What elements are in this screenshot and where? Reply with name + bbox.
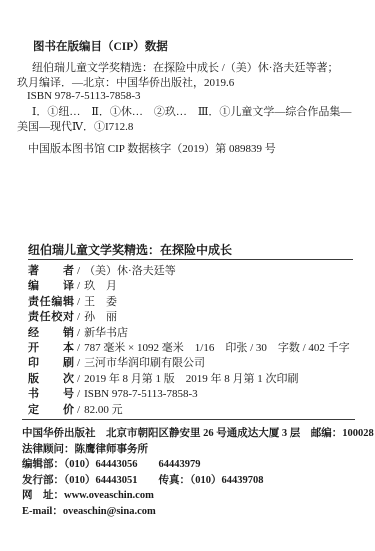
row-separator: / [74, 296, 84, 308]
colophon-row-edition: 版次/2019 年 8 月第 1 版 2019 年 8 月第 1 次印刷 [28, 372, 364, 387]
row-label: 开本 [28, 341, 74, 356]
colophon-row-printer: 印刷/三河市华润印刷有限公司 [28, 356, 364, 371]
publisher-divider [22, 419, 355, 420]
row-label: 责任编辑 [28, 295, 74, 310]
row-separator: / [74, 327, 84, 339]
row-value: 787 毫米 × 1092 毫米 1/16 印张 / 30 字数 / 402 千… [84, 342, 350, 354]
row-label: 书号 [28, 387, 74, 402]
cip-classification-line1: Ⅰ．①纽… Ⅱ．①休… ②玖… Ⅲ．①儿童文学—综合作品集— [17, 105, 365, 120]
row-label: 经销 [28, 326, 74, 341]
row-value: （美）休·洛夫廷等 [84, 265, 176, 277]
publisher-distribution-phone-line: 发行部：（010）64443051 传真：（010）64439708 [22, 473, 370, 489]
row-value: 2019 年 8 月第 1 版 2019 年 8 月第 1 次印刷 [84, 373, 299, 385]
row-label: 版次 [28, 372, 74, 387]
publisher-info: 中国华侨出版社 北京市朝阳区静安里 26 号通成达大厦 3 层 邮编：10002… [22, 426, 370, 520]
row-separator: / [74, 342, 84, 354]
row-value: ISBN 978-7-5113-7858-3 [84, 388, 198, 400]
colophon-row-price: 定价/82.00 元 [28, 403, 364, 418]
row-value: 孙 丽 [84, 311, 117, 323]
row-separator: / [74, 388, 84, 400]
cip-entry-line2: 玖月编译．—北京：中国华侨出版社，2019.6 [17, 76, 365, 91]
colophon-row-author: 著者/（美）休·洛夫廷等 [28, 264, 364, 279]
row-separator: / [74, 357, 84, 369]
row-label: 印刷 [28, 356, 74, 371]
colophon-row-editor: 责任编辑/王 委 [28, 295, 364, 310]
row-separator: / [74, 311, 84, 323]
colophon-row-isbn: 书号/ISBN 978-7-5113-7858-3 [28, 387, 364, 402]
row-separator: / [74, 280, 84, 292]
colophon-row-distributor: 经销/新华书店 [28, 326, 364, 341]
row-value: 王 委 [84, 296, 117, 308]
cip-isbn: ISBN 978-7-5113-7858-3 [27, 90, 141, 102]
cip-entry: 纽伯瑞儿童文学奖精选：在探险中成长 /（美）休·洛夫廷等著； 玖月编译．—北京：… [17, 61, 365, 90]
publisher-email-line: E-mail：oveaschin@sina.com [22, 504, 370, 520]
row-value: 新华书店 [84, 327, 128, 339]
publisher-website-line: 网 址：www.oveaschin.com [22, 488, 370, 504]
cip-entry-line1: 纽伯瑞儿童文学奖精选：在探险中成长 /（美）休·洛夫廷等著； [17, 61, 365, 76]
book-copyright-page: 图书在版编目（CIP）数据 纽伯瑞儿童文学奖精选：在探险中成长 /（美）休·洛夫… [0, 0, 375, 551]
title-divider [28, 259, 353, 260]
row-label: 定价 [28, 403, 74, 418]
cip-classification: Ⅰ．①纽… Ⅱ．①休… ②玖… Ⅲ．①儿童文学—综合作品集— 美国—现代Ⅳ．①I… [17, 105, 365, 134]
publisher-editorial-phone-line: 编辑部：（010）64443056 64443979 [22, 457, 370, 473]
publisher-legal-line: 法律顾问：陈鹰律师事务所 [22, 442, 370, 458]
row-value: 玖 月 [84, 280, 117, 292]
publisher-address-line: 中国华侨出版社 北京市朝阳区静安里 26 号通成达大厦 3 层 邮编：10002… [22, 426, 370, 442]
row-label: 责任校对 [28, 310, 74, 325]
cip-classification-line2: 美国—现代Ⅳ．①I712.8 [17, 120, 365, 135]
colophon-row-format: 开本/787 毫米 × 1092 毫米 1/16 印张 / 30 字数 / 40… [28, 341, 364, 356]
row-value: 82.00 元 [84, 404, 123, 416]
book-title: 纽伯瑞儿童文学奖精选：在探险中成长 [28, 241, 232, 258]
cip-record-number: 中国版本图书馆 CIP 数据核字（2019）第 089839 号 [28, 140, 276, 156]
row-separator: / [74, 373, 84, 385]
row-label: 编译 [28, 279, 74, 294]
row-value: 三河市华润印刷有限公司 [84, 357, 205, 369]
colophon-row-translator: 编译/玖 月 [28, 279, 364, 294]
row-separator: / [74, 265, 84, 277]
row-label: 著者 [28, 264, 74, 279]
row-separator: / [74, 404, 84, 416]
colophon-row-proofreader: 责任校对/孙 丽 [28, 310, 364, 325]
cip-header: 图书在版编目（CIP）数据 [33, 38, 168, 54]
colophon-rows: 著者/（美）休·洛夫廷等 编译/玖 月 责任编辑/王 委 责任校对/孙 丽 经销… [28, 264, 364, 418]
